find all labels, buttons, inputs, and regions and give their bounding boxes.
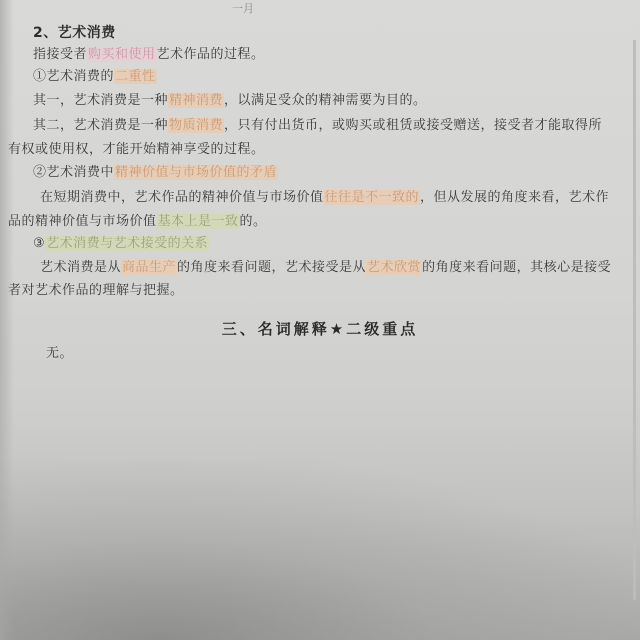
point-1-b-cont: 有权或使用权，才能开始精神享受的过程。 xyxy=(8,141,265,159)
highlight-term: 二重性 xyxy=(114,69,157,84)
top-page-mark: 一月 xyxy=(232,0,254,16)
highlight-term: 精神价值与市场价值的矛盾 xyxy=(114,165,278,180)
definition-line: 指接受者购买和使用艺术作品的过程。 xyxy=(33,46,265,64)
point-2-heading: ②艺术消费中精神价值与市场价值的矛盾 xyxy=(33,164,278,182)
highlight-term: 基本上是一致 xyxy=(157,214,240,229)
highlight-term: 购买和使用 xyxy=(87,47,157,62)
point-2-text-cont: 品的精神价值与市场价值基本上是一致的。 xyxy=(8,213,267,231)
point-2-text: 在短期消费中，艺术作品的精神价值与市场价值往往是不一致的，但从发展的角度来看，艺… xyxy=(40,189,609,207)
highlight-term: 物质消费 xyxy=(168,118,224,133)
highlight-term: 商品生产 xyxy=(121,260,177,275)
highlight-term: 精神消费 xyxy=(168,93,224,108)
section-3-body: 无。 xyxy=(46,345,73,363)
section-3-title: 三、名词解释★二级重点 xyxy=(0,318,640,339)
photo-shadow xyxy=(0,460,640,640)
point-1-b: 其二，艺术消费是一种物质消费，只有付出货币，或购买或租赁或接受赠送，接受者才能取… xyxy=(33,117,602,135)
highlight-term: 艺术欣赏 xyxy=(366,260,422,275)
highlight-term: 往往是不一致的 xyxy=(324,190,421,205)
textbook-page: 一月 2、艺术消费 指接受者购买和使用艺术作品的过程。 ①艺术消费的二重性 其一… xyxy=(0,0,640,640)
point-1-heading: ①艺术消费的二重性 xyxy=(33,68,157,86)
point-3-text-cont: 者对艺术作品的理解与把握。 xyxy=(8,282,184,300)
point-3-heading: ③艺术消费与艺术接受的关系 xyxy=(33,235,209,253)
section-heading: 2、艺术消费 xyxy=(33,24,116,42)
point-1-a: 其一，艺术消费是一种精神消费，以满足受众的精神需要为目的。 xyxy=(33,92,427,110)
point-3-text: 艺术消费是从商品生产的角度来看问题，艺术接受是从艺术欣赏的角度来看问题，其核心是… xyxy=(40,259,611,277)
highlight-term: 艺术消费与艺术接受的关系 xyxy=(45,236,209,251)
